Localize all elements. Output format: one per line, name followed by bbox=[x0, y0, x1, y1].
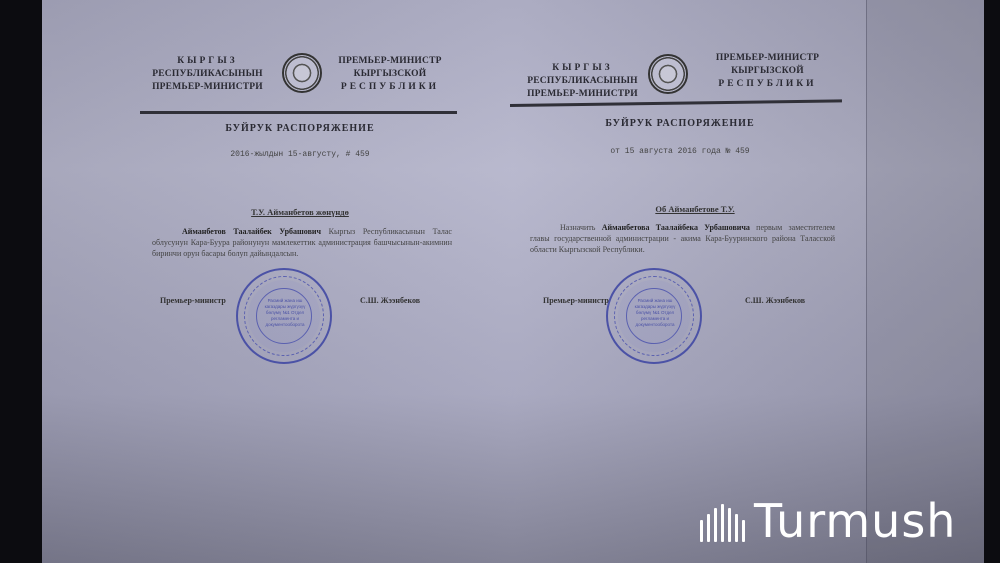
state-emblem-icon bbox=[648, 54, 688, 94]
official-stamp: Расмий жана иш кагаздары жүргүзүү бөлүмү… bbox=[606, 268, 702, 364]
letterhead-rule bbox=[140, 111, 457, 114]
turmush-watermark: Turmush bbox=[698, 486, 956, 542]
signature-title: Премьер-министр bbox=[543, 296, 609, 305]
house-logo-icon bbox=[698, 502, 748, 542]
document-date: 2016-жылдын 15-августу, # 459 bbox=[180, 150, 420, 159]
paper-edge-shade bbox=[866, 0, 984, 563]
letterhead: КЫРГЫЗ РЕСПУБЛИКАСЫНЫН ПРЕМЬЕР-МИНИСТРИ … bbox=[140, 55, 470, 115]
state-emblem-icon bbox=[282, 53, 322, 93]
document-date: от 15 августа 2016 года № 459 bbox=[555, 147, 805, 156]
paper-fold-line bbox=[866, 0, 867, 563]
letterhead-right: ПРЕМЬЕР-МИНИСТР КЫРГЫЗСКОЙ РЕСПУБЛИКИ bbox=[330, 55, 450, 94]
signature-title: Премьер-министр bbox=[160, 296, 226, 305]
document-subject: Т.У. Айманбетов жөнүндө bbox=[180, 207, 420, 217]
document-title: БУЙРУК РАСПОРЯЖЕНИЕ bbox=[555, 118, 805, 129]
brand-name: Turmush bbox=[754, 500, 956, 542]
document-subject: Об Айманбетове Т.У. bbox=[570, 204, 820, 214]
document-body: Назначить Айманбетова Таалайбека Урбашов… bbox=[530, 222, 835, 255]
letterhead-left: КЫРГЫЗ РЕСПУБЛИКАСЫНЫН ПРЕМЬЕР-МИНИСТРИ bbox=[140, 55, 275, 94]
document-body: Айманбетов Таалайбек Урбашович Кыргыз Ре… bbox=[152, 226, 452, 259]
document-title: БУЙРУК РАСПОРЯЖЕНИЕ bbox=[180, 123, 420, 134]
signature-name: С.Ш. Жээнбеков bbox=[360, 296, 420, 305]
signature-name: С.Ш. Жээнбеков bbox=[745, 296, 805, 305]
official-stamp: Расмий жана иш кагаздары жүргүзүү бөлүмү… bbox=[236, 268, 332, 364]
letterhead-right: ПРЕМЬЕР-МИНИСТР КЫРГЫЗСКОЙ РЕСПУБЛИКИ bbox=[705, 52, 830, 91]
letterhead-left: КЫРГЫЗ РЕСПУБЛИКАСЫНЫН ПРЕМЬЕР-МИНИСТРИ bbox=[520, 62, 645, 101]
